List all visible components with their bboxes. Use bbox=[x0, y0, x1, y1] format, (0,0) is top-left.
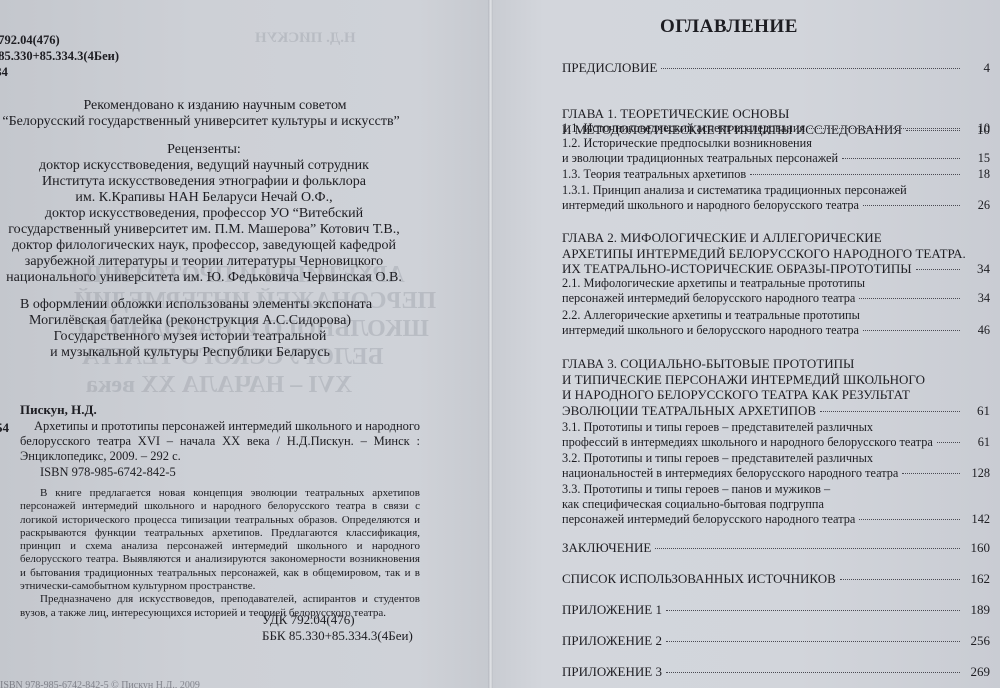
toc-entry-title: ПРИЛОЖЕНИЕ 2 bbox=[562, 633, 662, 649]
toc-entry-title: 1.2. Исторические предпосылки возникнове… bbox=[562, 136, 812, 151]
bleed-through-line: XVI – НАЧАЛА XX века bbox=[86, 372, 352, 399]
annotation: В книге предлагается новая концепция эво… bbox=[20, 487, 420, 620]
toc-entry-title: интермедий школьного и народного белорус… bbox=[562, 198, 859, 213]
toc-entry-title: 3.1. Прототипы и типы героев – представи… bbox=[562, 420, 873, 435]
classification-codes: К 792.04(476) К 85.330+85.334.3(4Беи) 1 … bbox=[0, 32, 119, 80]
library-mark: 54 bbox=[0, 420, 9, 436]
cover-note-line: Могилёвская батлейка (реконструкция А.С.… bbox=[0, 313, 390, 329]
cover-note-line: Государственного музея истории театральн… bbox=[0, 329, 390, 345]
recommendation-line: Рекомендовано к изданию научным советом bbox=[0, 98, 430, 114]
dot-leader bbox=[902, 473, 960, 474]
dot-leader bbox=[937, 442, 960, 443]
toc-entry-title: ПРИЛОЖЕНИЕ 3 bbox=[562, 664, 662, 680]
toc-entry-title: ПРИЛОЖЕНИЕ 1 bbox=[562, 602, 662, 618]
toc-entry-title: 1.3. Теория театральных архетипов bbox=[562, 167, 746, 182]
toc-title: ОГЛАВЛЕНИЕ bbox=[660, 16, 798, 38]
toc-entry-title: ИХ ТЕАТРАЛЬНО-ИСТОРИЧЕСКИЕ ОБРАЗЫ-ПРОТОТ… bbox=[562, 261, 912, 277]
code-line: 1 34 bbox=[0, 64, 119, 80]
dot-leader bbox=[666, 641, 960, 642]
toc-entry[interactable]: ГЛАВА 2. МИФОЛОГИЧЕСКИЕ И АЛЛЕГОРИЧЕСКИЕ… bbox=[562, 230, 990, 277]
dot-leader bbox=[859, 298, 960, 299]
recommendation-note: Рекомендовано к изданию научным советом … bbox=[0, 98, 430, 130]
dot-leader bbox=[842, 158, 960, 159]
toc-entry[interactable]: ЗАКЛЮЧЕНИЕ160 bbox=[562, 540, 990, 556]
toc-entry[interactable]: 3.3. Прототипы и типы героев – панов и м… bbox=[562, 482, 990, 527]
cover-note-line: В оформлении обложки использованы элемен… bbox=[0, 297, 390, 313]
reviewer-line: доктор искусствоведения, профессор УО “В… bbox=[0, 206, 420, 222]
toc-entry-title: ГЛАВА 1. ТЕОРЕТИЧЕСКИЕ ОСНОВЫ bbox=[562, 106, 789, 122]
toc-entry[interactable]: 2.1. Мифологические архетипы и театральн… bbox=[562, 276, 990, 306]
toc-entry-title: И НАРОДНОГО БЕЛОРУССКОГО ТЕАТРА КАК РЕЗУ… bbox=[562, 387, 910, 403]
toc-page-number: 269 bbox=[964, 664, 990, 680]
toc-entry-title: ЭВОЛЮЦИИ ТЕАТРАЛЬНЫХ АРХЕТИПОВ bbox=[562, 403, 816, 419]
toc-entry-title: интермедий школьного и белорусского наро… bbox=[562, 323, 859, 338]
toc-entry-title: 1.3.1. Принцип анализа и систематика тра… bbox=[562, 183, 907, 198]
annotation-paragraph: В книге предлагается новая концепция эво… bbox=[20, 487, 420, 593]
toc-page-number: 61 bbox=[964, 403, 990, 419]
toc-entry[interactable]: СПИСОК ИСПОЛЬЗОВАННЫХ ИСТОЧНИКОВ162 bbox=[562, 571, 990, 587]
toc-entry[interactable]: 2.2. Аллегорические архетипы и театральн… bbox=[562, 308, 990, 338]
toc-page-number: 34 bbox=[964, 291, 990, 306]
toc-page-number: 162 bbox=[964, 571, 990, 587]
reviewer-line: им. К.Крапивы НАН Беларуси Нечай О.Ф., bbox=[0, 190, 420, 206]
bleed-through-title: Н.Д. ПИСКУН bbox=[255, 30, 356, 47]
toc-entry-title: профессий в интермедиях школьного и наро… bbox=[562, 435, 933, 450]
reviewers-block: Рецензенты: доктор искусствоведения, вед… bbox=[0, 142, 420, 286]
bibliographic-entry: Архетипы и прототипы персонажей интермед… bbox=[20, 419, 420, 464]
author-heading: Пискун, Н.Д. bbox=[20, 402, 97, 418]
toc-entry[interactable]: 1.1. Источниковедческий аспект исследова… bbox=[562, 121, 990, 136]
toc-entry-title: 2.2. Аллегорические архетипы и театральн… bbox=[562, 308, 860, 323]
toc-page-number: 10 bbox=[964, 121, 990, 136]
toc-entry-title: персонажей интермедий белорусского народ… bbox=[562, 291, 855, 306]
toc-page-number: 189 bbox=[964, 602, 990, 618]
toc-page-number: 4 bbox=[964, 60, 990, 76]
toc-entry[interactable]: 3.1. Прототипы и типы героев – представи… bbox=[562, 420, 990, 450]
toc-page-number: 46 bbox=[964, 323, 990, 338]
left-page: Н.Д. ПИСКУН АРХЕТИПЫ И ПРОТОТИПЫПЕРСОНАЖ… bbox=[0, 0, 490, 688]
toc-entry-title: как специфическая социально-бытовая подг… bbox=[562, 497, 824, 512]
dot-leader bbox=[661, 68, 960, 69]
dot-leader bbox=[750, 174, 960, 175]
toc-entry-title: И ТИПИЧЕСКИЕ ПЕРСОНАЖИ ИНТЕРМЕДИЙ ШКОЛЬН… bbox=[562, 372, 925, 388]
toc-entry[interactable]: ПРЕДИСЛОВИЕ4 bbox=[562, 60, 990, 76]
dot-leader bbox=[666, 610, 960, 611]
code-line: К 85.330+85.334.3(4Беи) bbox=[0, 48, 119, 64]
toc-entry-title: и эволюции традиционных театральных перс… bbox=[562, 151, 838, 166]
toc-entry[interactable]: 1.2. Исторические предпосылки возникнове… bbox=[562, 136, 990, 166]
reviewer-line: национального университета им. Ю. Федько… bbox=[0, 270, 420, 286]
toc-entry-title: 1.1. Источниковедческий аспект исследова… bbox=[562, 121, 805, 136]
udk-code: УДК 792.04(476) bbox=[262, 612, 413, 628]
toc-entry-title: 2.1. Мифологические архетипы и театральн… bbox=[562, 276, 865, 291]
reviewer-line: зарубежной литературы и теории литератур… bbox=[0, 254, 420, 270]
reviewers-heading: Рецензенты: bbox=[0, 142, 420, 158]
toc-page-number: 34 bbox=[964, 261, 990, 277]
toc-entry[interactable]: ГЛАВА 3. СОЦИАЛЬНО-БЫТОВЫЕ ПРОТОТИПЫИ ТИ… bbox=[562, 356, 990, 418]
dot-leader bbox=[916, 269, 960, 270]
toc-entry-title: ГЛАВА 2. МИФОЛОГИЧЕСКИЕ И АЛЛЕГОРИЧЕСКИЕ bbox=[562, 230, 882, 246]
toc-entry-title: СПИСОК ИСПОЛЬЗОВАННЫХ ИСТОЧНИКОВ bbox=[562, 571, 836, 587]
classification-footer: УДК 792.04(476) ББК 85.330+85.334.3(4Беи… bbox=[262, 612, 413, 644]
reviewer-line: доктор искусствоведения, ведущий научный… bbox=[0, 158, 420, 174]
cover-note-line: и музыкальной культуры Республики Белару… bbox=[0, 345, 390, 361]
toc-page-number: 128 bbox=[964, 466, 990, 481]
toc-entry-title: персонажей интермедий белорусского народ… bbox=[562, 512, 855, 527]
bibliographic-text: Архетипы и прототипы персонажей интермед… bbox=[20, 419, 420, 464]
dot-leader bbox=[863, 330, 960, 331]
cover-note: В оформлении обложки использованы элемен… bbox=[0, 297, 390, 361]
reviewer-line: государственный университет им. П.М. Маш… bbox=[0, 222, 420, 238]
cutoff-footer-text: ISBN 978-985-6742-842-5 © Пискун Н.Д., 2… bbox=[0, 680, 200, 688]
toc-entry-title: 3.3. Прототипы и типы героев – панов и м… bbox=[562, 482, 830, 497]
dot-leader bbox=[666, 672, 960, 673]
dot-leader bbox=[655, 548, 960, 549]
dot-leader bbox=[809, 128, 960, 129]
toc-entry[interactable]: 3.2. Прототипы и типы героев – представи… bbox=[562, 451, 990, 481]
toc-entry[interactable]: ПРИЛОЖЕНИЕ 1189 bbox=[562, 602, 990, 618]
bbk-code: ББК 85.330+85.334.3(4Беи) bbox=[262, 628, 413, 644]
dot-leader bbox=[859, 519, 960, 520]
toc-entry-title: 3.2. Прототипы и типы героев – представи… bbox=[562, 451, 873, 466]
toc-page-number: 160 bbox=[964, 540, 990, 556]
toc-entry-title: национальностей в интермедиях белорусско… bbox=[562, 466, 898, 481]
toc-entry[interactable]: 1.3.1. Принцип анализа и систематика тра… bbox=[562, 183, 990, 213]
dot-leader bbox=[840, 579, 960, 580]
recommendation-line: ) “Белорусский государственный университ… bbox=[0, 114, 430, 130]
reviewer-line: Института искусствоведения этнографии и … bbox=[0, 174, 420, 190]
toc-entry-title: АРХЕТИПЫ ИНТЕРМЕДИЙ БЕЛОРУССКОГО НАРОДНО… bbox=[562, 246, 966, 262]
reviewer-line: доктор филологических наук, профессор, з… bbox=[0, 238, 420, 254]
code-line: К 792.04(476) bbox=[0, 32, 119, 48]
toc-entry-title: ГЛАВА 3. СОЦИАЛЬНО-БЫТОВЫЕ ПРОТОТИПЫ bbox=[562, 356, 854, 372]
toc-entry[interactable]: ПРИЛОЖЕНИЕ 3269 bbox=[562, 664, 990, 680]
toc-page-number: 26 bbox=[964, 198, 990, 213]
toc-entry-title: ЗАКЛЮЧЕНИЕ bbox=[562, 540, 651, 556]
toc-page-number: 61 bbox=[964, 435, 990, 450]
toc-page-number: 15 bbox=[964, 151, 990, 166]
toc-entry-title: ПРЕДИСЛОВИЕ bbox=[562, 60, 657, 76]
toc-entry[interactable]: 1.3. Теория театральных архетипов18 bbox=[562, 167, 990, 182]
dot-leader bbox=[820, 411, 960, 412]
toc-page-number: 18 bbox=[964, 167, 990, 182]
dot-leader bbox=[863, 205, 960, 206]
reviewers-list: доктор искусствоведения, ведущий научный… bbox=[0, 158, 420, 286]
isbn: ISBN 978-985-6742-842-5 bbox=[40, 465, 176, 480]
toc-page-number: 256 bbox=[964, 633, 990, 649]
toc-entry[interactable]: ПРИЛОЖЕНИЕ 2256 bbox=[562, 633, 990, 649]
toc-page-number: 142 bbox=[964, 512, 990, 527]
